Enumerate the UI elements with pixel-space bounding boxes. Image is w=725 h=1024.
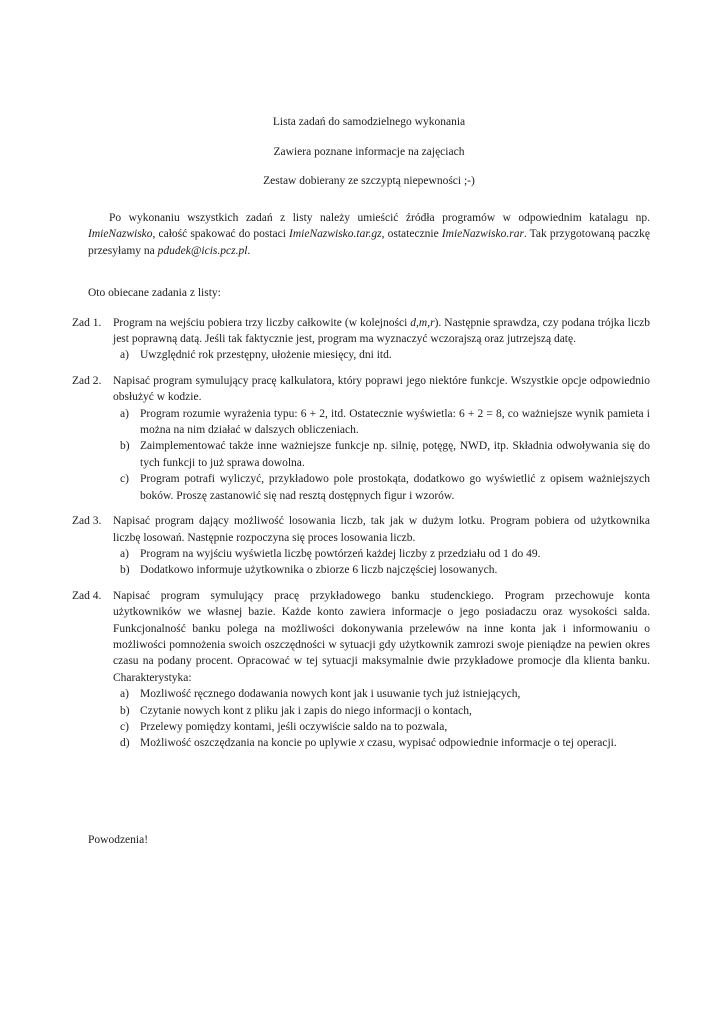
task-content: Napisać program dający możliwość losowan…: [113, 513, 650, 579]
subitem-body: Program rozumie wyrażenia typu: 6 + 2, i…: [140, 406, 650, 439]
subitem-label: c): [120, 471, 140, 504]
subitem-label: a): [120, 347, 140, 363]
task-body: Program na wejściu pobiera trzy liczby c…: [113, 315, 650, 348]
subitem-label: b): [120, 438, 140, 471]
subitem-a: a) Mozliwość ręcznego dodawania nowych k…: [120, 686, 650, 702]
task-label: Zad 2.: [72, 373, 113, 504]
subitem-body: Zaimplementować także inne ważniejsze fu…: [140, 438, 650, 471]
subitem-body: Mozliwość ręcznego dodawania nowych kont…: [140, 686, 650, 702]
subitem-body: Przelewy pomiędzy kontami, jeśli oczywiś…: [140, 719, 650, 735]
task-item-2: Zad 2. Napisać program symulujący pracę …: [72, 373, 650, 504]
task-item-3: Zad 3. Napisać program dający możliwość …: [72, 513, 650, 579]
subitem-b: b) Zaimplementować także inne ważniejsze…: [120, 438, 650, 471]
task-label: Zad 1.: [72, 315, 113, 364]
subitem-label: a): [120, 546, 140, 562]
task-content: Program na wejściu pobiera trzy liczby c…: [113, 315, 650, 364]
document-page: Lista zadań do samodzielnego wykonania Z…: [0, 0, 725, 1024]
doc-subtitle-1: Zawiera poznane informacje na zajęciach: [88, 144, 650, 160]
subitem-c: c) Program potrafi wyliczyć, przykładowo…: [120, 471, 650, 504]
subitem-body: Dodatkowo informuje użytkownika o zbiorz…: [140, 562, 650, 578]
subitem-body: Program na wyjściu wyświetla liczbę powt…: [140, 546, 650, 562]
subitem-label: a): [120, 686, 140, 702]
subitem-label: d): [120, 735, 140, 751]
subitem-a: a) Program na wyjściu wyświetla liczbę p…: [120, 546, 650, 562]
task-content: Napisać program symulujący pracę kalkula…: [113, 373, 650, 504]
task-label: Zad 3.: [72, 513, 113, 579]
task-body: Napisać program symulujący pracę kalkula…: [113, 373, 650, 406]
subitem-a: a) Uwzględnić rok przestępny, ułożenie m…: [120, 347, 650, 363]
task-body: Napisać program dający możliwość losowan…: [113, 513, 650, 546]
closing-text: Powodzenia!: [88, 832, 650, 848]
task-item-4: Zad 4. Napisać program symulujący pracę …: [72, 588, 650, 752]
subitem-b: b) Czytanie nowych kont z pliku jak i za…: [120, 703, 650, 719]
doc-subtitle-2: Zestaw dobierany ze szczyptą niepewności…: [88, 173, 650, 189]
subitem-body: Uwzględnić rok przestępny, ułożenie mies…: [140, 347, 650, 363]
task-content: Napisać program symulujący pracę przykła…: [113, 588, 650, 752]
subitem-c: c) Przelewy pomiędzy kontami, jeśli oczy…: [120, 719, 650, 735]
task-item-1: Zad 1. Program na wejściu pobiera trzy l…: [72, 315, 650, 364]
task-list: Zad 1. Program na wejściu pobiera trzy l…: [72, 315, 650, 752]
task-label: Zad 4.: [72, 588, 113, 752]
tasks-lead: Oto obiecane zadania z listy:: [88, 285, 650, 301]
task-body: Napisać program symulujący pracę przykła…: [113, 588, 650, 686]
subitem-label: c): [120, 719, 140, 735]
subitem-b: b) Dodatkowo informuje użytkownika o zbi…: [120, 562, 650, 578]
subitem-label: a): [120, 406, 140, 439]
subitem-body: Czytanie nowych kont z pliku jak i zapis…: [140, 703, 650, 719]
subitem-body: Program potrafi wyliczyć, przykładowo po…: [140, 471, 650, 504]
subitem-a: a) Program rozumie wyrażenia typu: 6 + 2…: [120, 406, 650, 439]
title-block: Lista zadań do samodzielnego wykonania Z…: [88, 114, 650, 189]
intro-paragraph: Po wykonaniu wszystkich zadań z listy na…: [88, 210, 650, 259]
subitem-label: b): [120, 703, 140, 719]
subitem-label: b): [120, 562, 140, 578]
doc-title: Lista zadań do samodzielnego wykonania: [88, 114, 650, 130]
subitem-body: Możliwość oszczędzania na koncie po uply…: [140, 735, 650, 751]
subitem-d: d) Możliwość oszczędzania na koncie po u…: [120, 735, 650, 751]
